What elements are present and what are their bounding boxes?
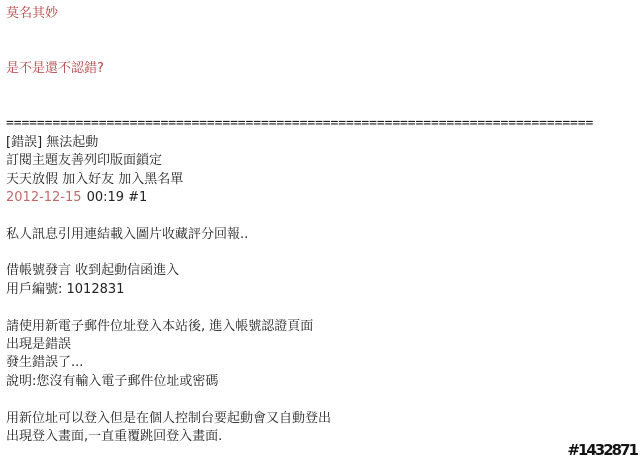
body-line: 請使用新電子郵件位址登入本站後, 進入帳號認證頁面 (6, 318, 640, 336)
separator-line: ========================================… (6, 115, 640, 133)
forum-thread-print-page: 莫名其妙 是不是還不認錯? ==========================… (0, 0, 640, 461)
blank-line (6, 207, 640, 225)
post-date: 2012-12-15 (6, 190, 82, 205)
body-line (6, 299, 640, 317)
blank-line (6, 97, 640, 115)
post-text-block: 莫名其妙 是不是還不認錯? ==========================… (6, 5, 640, 446)
post-action-links[interactable]: 私人訊息引用連結載入圖片收藏評分回報.. (6, 226, 640, 244)
blank-line (6, 23, 640, 41)
body-line: 發生錯誤了... (6, 354, 640, 372)
thread-title: [錯誤] 無法起動 (6, 134, 640, 152)
complaint-line-1: 莫名其妙 (6, 5, 640, 23)
post-time-and-number: 00:19 #1 (87, 190, 148, 205)
topic-action-links[interactable]: 訂閱主題友善列印版面鎖定 (6, 152, 640, 170)
post-id-watermark: #1432871 (567, 441, 637, 459)
body-line: 出現是錯誤 (6, 336, 640, 354)
author-action-links[interactable]: 天天放假 加入好友 加入黑名單 (6, 171, 640, 189)
body-line: 說明:您沒有輸入電子郵件位址或密碼 (6, 373, 640, 391)
body-line: 出現登入畫面,一直重覆跳回登入畫面. (6, 428, 640, 446)
blank-line (6, 244, 640, 262)
blank-line (6, 79, 640, 97)
blank-line (6, 42, 640, 60)
body-line (6, 391, 640, 409)
body-line: 借帳號發言 收到起動信函進入 (6, 262, 640, 280)
body-line: 用新位址可以登入但是在個人控制台要起動會又自動登出 (6, 410, 640, 428)
post-meta-line: 2012-12-1500:19 #1 (6, 189, 640, 207)
complaint-line-2: 是不是還不認錯? (6, 60, 640, 78)
body-line-user-id: 用戶編號: 1012831 (6, 281, 640, 299)
